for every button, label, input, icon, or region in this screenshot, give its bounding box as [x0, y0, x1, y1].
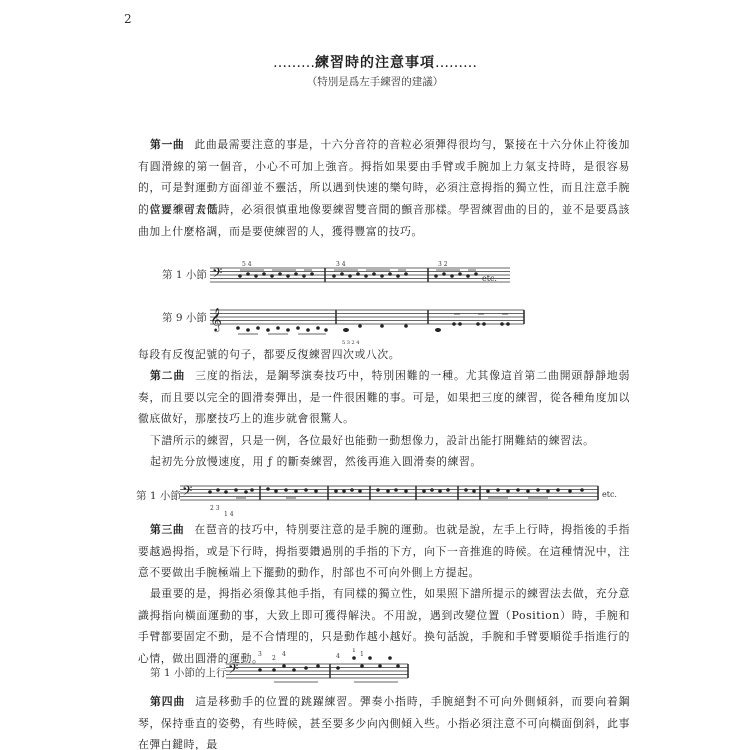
section-2-paragraph-3: 起初先分放慢速度，用 ƒ 的斷奏練習，然後再進入圓滑奏的練習。 [138, 451, 630, 473]
music-3-label: 第 1 小節的上行 [150, 665, 226, 680]
svg-text:𝄢: 𝄢 [212, 265, 222, 284]
svg-text:3 4: 3 4 [336, 261, 346, 268]
repeat-note: 每段有反復記號的句子，都要反復練習四次或八次。 [138, 344, 630, 366]
svg-text:2: 2 [272, 655, 276, 662]
music-1-label-measure-1: 第 1 小節 [162, 267, 207, 282]
svg-text:3: 3 [258, 651, 262, 658]
page-title: ………練習時的注意事項……… [0, 52, 750, 72]
svg-text:1: 1 [360, 651, 364, 658]
svg-text:4: 4 [336, 653, 340, 660]
section-1-heading: 第一曲 [150, 138, 184, 151]
music-3-staff-bass: 𝄢 3 2 4 4 1 1 [226, 648, 416, 692]
section-3-heading: 第三曲 [150, 523, 184, 536]
section-2-text: 三度的指法，是鋼琴演奏技巧中，特別困難的一種。尤其像這首第二曲開頭靜靜地弱奏，而… [138, 369, 630, 425]
title-dots-right: ……… [435, 55, 477, 71]
music-1-staff-bass: 𝄢 5 4 3 4 3 2 [210, 260, 520, 296]
music-1-label-measure-9: 第 9 小節 [162, 310, 207, 325]
svg-text:4: 4 [282, 651, 286, 658]
svg-text:𝄞: 𝄞 [210, 307, 222, 332]
svg-text:2 3: 2 3 [210, 505, 220, 512]
section-3-paragraph-1: 第三曲在琶音的技巧中，特別要注意的是手腕的運動。也就是說，左手上行時，拇指後的手… [138, 519, 630, 584]
music-2-label: 第 1 小節 [136, 488, 181, 503]
section-1-paragraph-2: 當要練習音階時，必須很慎重地像要練習雙音間的顫音那樣。學習練習曲的目的，並不是要… [138, 199, 630, 242]
section-4-paragraph-1: 第四曲這是移動手的位置的跳躍練習。彈奏小指時，手腕絕對不可向外側傾斜，而要向着鋼… [138, 691, 630, 750]
svg-text:3 2: 3 2 [438, 261, 448, 268]
svg-text:1: 1 [352, 648, 356, 654]
section-2-paragraph-2: 下譜所示的練習，只是一例，各位最好也能動一動想像力，設計出能打開難結的練習法。 [138, 430, 630, 452]
music-1-etc: etc. [482, 274, 497, 283]
section-2-heading: 第二曲 [150, 369, 185, 382]
section-4-heading: 第四曲 [150, 695, 185, 708]
page-number: 2 [124, 12, 132, 26]
svg-text:5 4: 5 4 [242, 261, 252, 268]
section-3-text: 在琶音的技巧中，特別要注意的是手腕的運動。也就是說，左手上行時，拇指後的手指要越… [138, 523, 630, 579]
svg-text:𝄢: 𝄢 [228, 661, 238, 680]
title-text: 練習時的注意事項 [315, 55, 435, 71]
title-dots-left: ……… [273, 55, 315, 71]
section-2-paragraph-1: 第二曲三度的指法，是鋼琴演奏技巧中，特別困難的一種。尤其像這首第二曲開頭靜靜地弱… [138, 365, 630, 430]
music-1-staff-treble: 𝄞 5 3 2 4 [210, 300, 530, 348]
section-4-text: 這是移動手的位置的跳躍練習。彈奏小指時，手腕絕對不可向外側傾斜，而要向着鋼琴，保… [138, 695, 630, 750]
music-2-etc: etc. [602, 490, 617, 499]
page-subtitle: （特別是爲左手練習的建議） [0, 74, 750, 89]
svg-text:𝄢: 𝄢 [182, 483, 192, 502]
svg-text:1 4: 1 4 [224, 511, 234, 518]
music-2-staff-bass: 𝄢 2 3 1 4 [180, 478, 600, 518]
